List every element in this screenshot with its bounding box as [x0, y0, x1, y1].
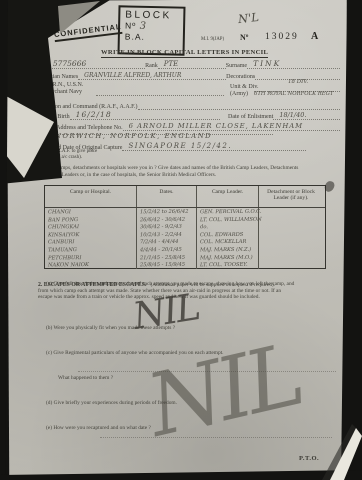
- unit-line: 6TH ROYAL NORFOLK REGT: [254, 82, 340, 92]
- dates-cell: 30/6/42 - 9/2/43: [140, 224, 196, 232]
- pto-label: P.T.O.: [299, 455, 319, 462]
- column-camps: CHANGI BAN PONG CHUNGKAI KINSAIYOK CANBU…: [45, 208, 137, 269]
- dates-cell: 15/2/42 to 26/6/42: [140, 209, 196, 217]
- rank-label: Rank: [145, 63, 158, 69]
- dates-cell: 25/8/45 - 15/9/45: [140, 262, 196, 270]
- christian-names-value: GRANVILLE ALFRED, ARTHUR: [84, 72, 181, 79]
- column-dates: 15/2/42 to 26/6/42 26/6/42 - 30/6/42 30/…: [137, 208, 197, 269]
- decorations-label: Decorations: [226, 74, 255, 80]
- nil-pencil-note: N'L: [237, 10, 259, 26]
- capture-note-line2: and date of a/c crash).: [38, 155, 82, 160]
- dates-cell: 4/4/44 - 20/1/45: [140, 247, 196, 255]
- camp-cell: CHANGI: [48, 209, 136, 217]
- surname-label: Surname: [226, 63, 247, 69]
- section1-question-line2: (or Block) Leaders or, in the case of ho…: [38, 172, 334, 179]
- no-symbol: Nº: [240, 33, 248, 42]
- leader-cell: do.: [200, 224, 258, 232]
- header-detachment-leader: Detachment or Block Leader (if any).: [259, 186, 323, 207]
- rank-value: PTE: [164, 60, 179, 68]
- rank-line: PTE: [158, 59, 226, 69]
- column-block-leaders: [259, 208, 323, 269]
- service-no-line: 5775666: [47, 59, 145, 69]
- surname-line: TINK: [247, 59, 340, 69]
- pencil-instruction: WRITE IN BLOCK CAPITAL LETTERS IN PENCIL: [101, 49, 268, 58]
- leader-cell: MAJ. MARKS (N.Z.): [200, 247, 258, 255]
- header-camp-leader: Camp Leader.: [197, 186, 259, 207]
- block-no-value: 3: [140, 21, 148, 32]
- ship-line: [96, 86, 224, 96]
- section2b-question: (b) Were you physically fit when you mad…: [46, 325, 175, 332]
- enlistment-line: 18/1/40.: [273, 110, 340, 120]
- address-value2: NORWICH, NORFOLK, ENGLAND: [55, 132, 212, 140]
- column-leaders: GEN. PERCIVAL G.O.C. LT. COL. WILLIAMSON…: [197, 208, 259, 269]
- ship-label-line2: or Merchant Navy: [38, 89, 82, 95]
- header-camp-or-hospital: Camp or Hospital.: [45, 186, 137, 207]
- what-happened-question: What happened to them ?: [58, 375, 113, 382]
- camps-table: Camp or Hospital. Dates. Camp Leader. De…: [44, 185, 326, 269]
- header-dates: Dates.: [137, 186, 197, 207]
- unit-label-line2: (Army): [230, 91, 248, 97]
- enlistment-value: 18/1/40.: [279, 111, 306, 119]
- serial-number: 13029: [265, 32, 299, 42]
- serial-suffix: A: [311, 31, 318, 42]
- unit-value: 6TH ROYAL NORFOLK REGT: [254, 91, 333, 97]
- section2e-question: (e) How were you recaptured and on what …: [46, 425, 151, 432]
- camp-cell: TAMUANG: [48, 247, 136, 255]
- enlistment-label: Date of Enlistment: [228, 114, 273, 120]
- confidential-stamp: CONFIDENTIAL: [54, 22, 123, 42]
- squadron-line: [138, 100, 340, 110]
- christian-names-line: GRANVILLE ALFRED, ARTHUR: [78, 70, 226, 80]
- block-no-label: Nº: [125, 20, 136, 30]
- scanned-document: CONFIDENTIAL BLOCK Nº 3 B.A. N'L M.I. 9(…: [0, 0, 362, 480]
- block-stamp-line3: B.A.: [125, 31, 183, 42]
- dob-label: Date of Birth: [38, 114, 70, 120]
- leader-cell: GEN. PERCIVAL G.O.C.: [200, 209, 258, 217]
- capture-note-line1: (Aircrew R.A.F. to give place: [38, 149, 97, 154]
- camps-table-header: Camp or Hospital. Dates. Camp Leader. De…: [45, 186, 325, 208]
- service-no-label: No.: [38, 63, 47, 69]
- camps-table-body: CHANGI BAN PONG CHUNGKAI KINSAIYOK CANBU…: [45, 208, 325, 269]
- dob-line: 16/2/18: [70, 110, 220, 120]
- section1-question-line1: 1. What camps, detachments or hospitals …: [38, 165, 334, 172]
- capture-value: SINGAPORE 15/2/42.: [128, 142, 232, 150]
- camp-cell: NAKON NAIOK: [48, 262, 136, 270]
- service-no-value: 5775666: [53, 59, 86, 68]
- address-line2: NORWICH, NORFOLK, ENGLAND: [55, 125, 273, 135]
- ship-label-line1: Ship (R.N., U.S.N.: [38, 82, 83, 88]
- leader-cell: LT. COL. TOOSEY.: [200, 262, 258, 270]
- capture-line: SINGAPORE 15/2/42.: [122, 141, 306, 151]
- form-reference: M.I. 9(JAP): [201, 37, 224, 42]
- surname-value: TINK: [253, 59, 281, 68]
- dob-value: 16/2/18: [76, 110, 112, 119]
- christian-names-label: Christian Names: [38, 74, 78, 80]
